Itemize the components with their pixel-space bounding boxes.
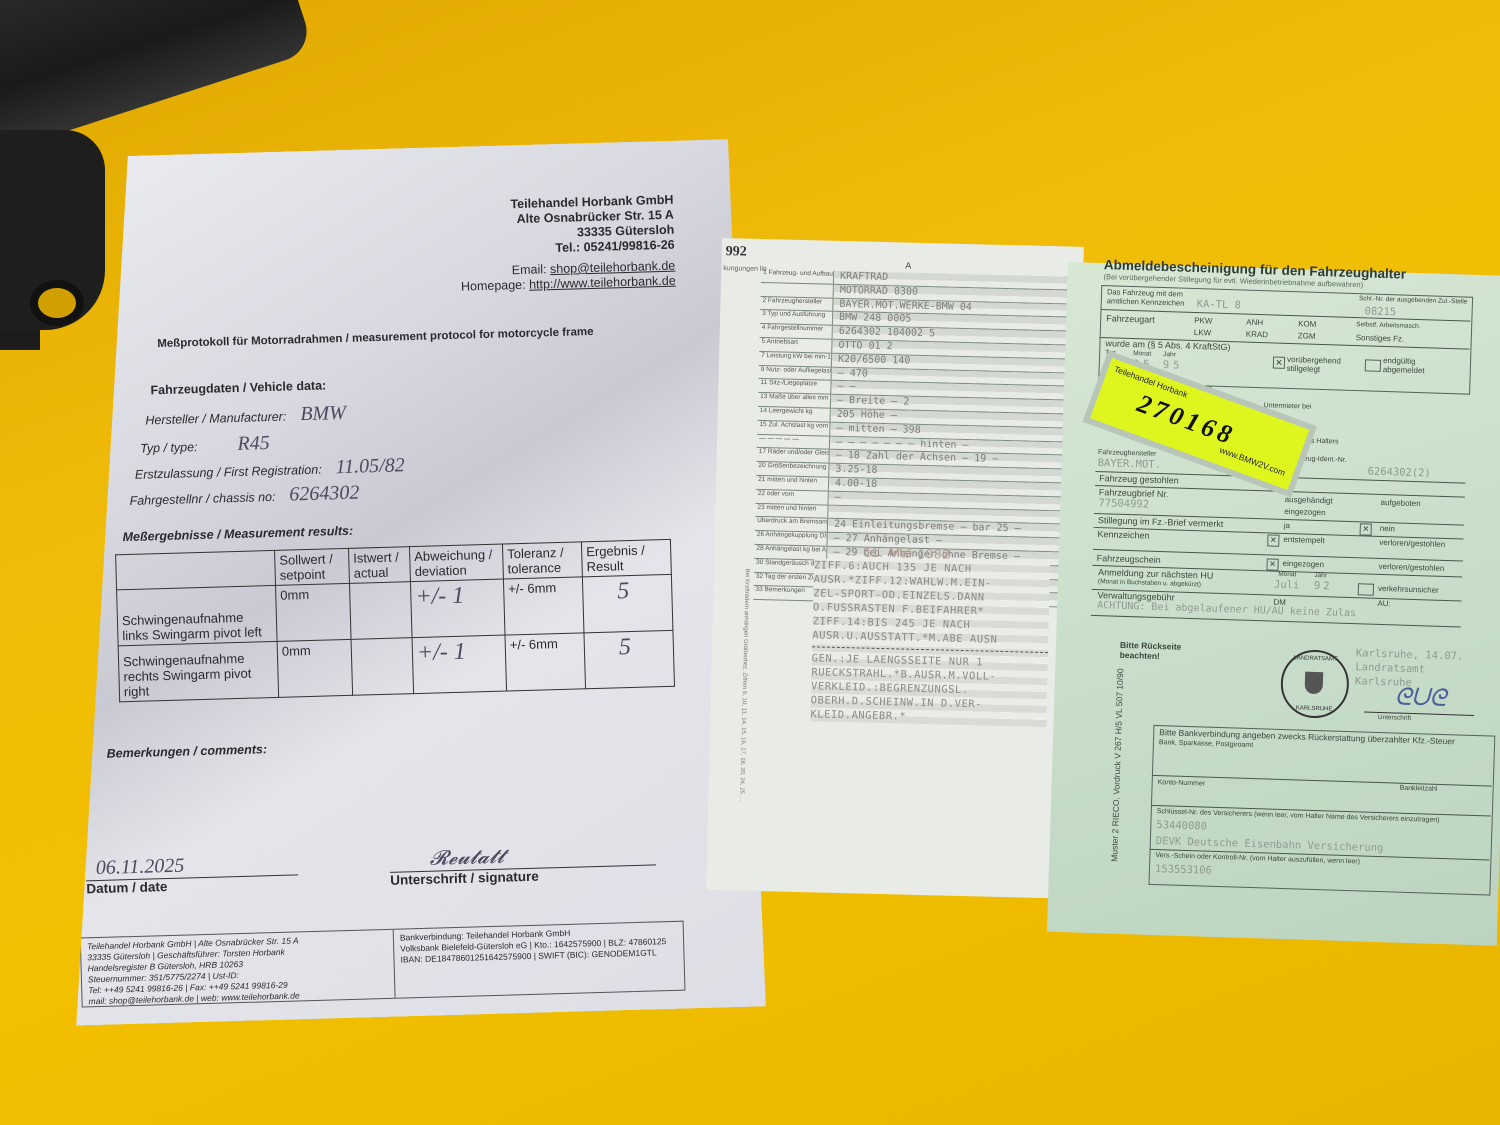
cell-result: 5 (584, 630, 675, 688)
back-note: Bitte Rückseite beachten! (1120, 640, 1191, 662)
authority-line-1: Landratsamt (1355, 661, 1425, 675)
registration-field-label: 9 Nutz- oder Aufliegelast kg (759, 366, 832, 381)
field-label: Typ / type: (140, 440, 198, 456)
field-label: Erstzulassung / First Registration: (135, 463, 322, 482)
day-label: Tag (1105, 349, 1116, 356)
cell-deviation: +/- 1 (412, 635, 507, 694)
insurer-key: 53440080 (1156, 819, 1207, 833)
cell-position: Schwingenaufnahme rechts Swingarm pivot … (118, 641, 279, 701)
schein-option-withdrawn: eingezogen (1282, 559, 1324, 569)
vehicle-type-anh: ANH (1246, 318, 1263, 328)
handwritten-value: R45 (237, 432, 270, 455)
cell-actual (351, 638, 414, 696)
footer-bank-info: Bankverbindung: Teilehandel Horbank GmbH… (394, 922, 685, 998)
office-seal: LANDRATSAMT KARLSRUHE (1280, 649, 1350, 719)
company-contact: Email: shop@teilehorbank.de Homepage: ht… (460, 259, 675, 295)
frame-lug (0, 330, 40, 350)
hu-year-label: Jahr (1314, 572, 1327, 579)
homepage-link[interactable]: http://www.teilehorbank.de (529, 274, 676, 292)
header-cell: Sollwert / setpoint (275, 548, 350, 585)
field-label: Fahrgestellnr / chassis no: (129, 490, 275, 508)
stolen-label: Fahrzeug gestohlen (1099, 473, 1179, 485)
field-label: Hersteller / Manufacturer: (145, 410, 286, 428)
brief-option-announced: aufgeboten (1380, 498, 1420, 508)
frame-mounting-hole (30, 280, 84, 326)
vehicle-manufacturer: Hersteller / Manufacturer:BMW (145, 402, 346, 431)
header-cell: Abweichung / deviation (409, 544, 503, 582)
cell-tolerance: +/- 6mm (503, 577, 584, 635)
vertical-fine-print: Bei Krafträdern anhängen Größenbez. Ziff… (723, 568, 750, 868)
header-cell: Ergebnis / Result (581, 539, 671, 576)
header-cell: Istwert / actual (349, 547, 411, 584)
note-option-no: nein (1380, 524, 1395, 533)
place-date: Karlsruhe, 14.07. (1356, 647, 1464, 662)
handwritten-value: 5 (619, 634, 632, 660)
handwritten-value: +/- 1 (417, 639, 467, 666)
company-phone: Tel.: 05241/99816-26 (512, 238, 675, 258)
registration-field-label: 21 mitten und hinten (756, 476, 829, 491)
registration-field-label (761, 283, 834, 298)
registration-field-label: 17 Räder und/oder Gleisketten (757, 448, 830, 463)
header-cell (116, 550, 276, 589)
signature-label: Unterschrift (1378, 714, 1411, 722)
protocol-title: Meßprotokoll für Motorradrahmen / measur… (157, 326, 594, 350)
registration-field-label: 2 Fahrzeughersteller (760, 297, 833, 312)
schein-label: Fahrzeugschein (1097, 553, 1161, 565)
brief-number: 77504992 (1098, 497, 1149, 511)
unsafe-checkbox[interactable] (1358, 583, 1374, 595)
policy-number: 153553106 (1155, 863, 1212, 877)
year-value: 95 (1163, 359, 1184, 372)
official-signature: ᘓᑌᘓ (1394, 684, 1446, 713)
registration-field-label: 4 Fahrgestellnummer (760, 324, 833, 339)
date-block: 06.11.2025 Datum / date (86, 851, 299, 896)
registration-field-label: 23 mitten und hinten (755, 503, 828, 518)
registration-field-label: 11 Sitz-/Liegeplätze (758, 379, 831, 394)
vehicle-registration-page: 992 A kungungen lle 1 Fahrzeug- und Aufb… (706, 238, 1084, 899)
homepage-label: Homepage: (461, 278, 526, 294)
final-checkbox[interactable] (1365, 359, 1381, 371)
schein-option-lost: verloren/gestohlen (1378, 562, 1444, 573)
plate-option-unstamped: entstempelt (1283, 535, 1325, 545)
vehicle-type-lkw: LKW (1194, 328, 1212, 338)
registration-remarks: ZIFF.6:AUCH 135 JE NACHAUSR.*ZIFF.12:WAH… (810, 558, 1050, 727)
registration-field-label: 5 Antriebsart (759, 338, 832, 353)
hu-month-label: Monat (1278, 571, 1296, 579)
vehicle-type-kom: KOM (1298, 319, 1317, 329)
cell-result: 5 (582, 574, 673, 632)
account-label: Konto-Nummer (1158, 779, 1206, 787)
cell-deviation: +/- 1 (410, 579, 505, 638)
footer-company-info: Teilehandel Horbank GmbH | Alte Osnabrüc… (81, 930, 396, 1007)
plate-option-lost: verloren/gestohlen (1379, 538, 1445, 549)
registration-field-label: 7 Leistung kW bei min-1 (759, 352, 832, 367)
vehicle-data-heading: Fahrzeugdaten / Vehicle data: (150, 378, 326, 397)
key-number: 08215 (1364, 305, 1396, 318)
vehicle-type-pkw: PKW (1194, 316, 1213, 326)
cell-tolerance: +/- 6mm (505, 633, 586, 691)
holder-label: Untermieter bei (1263, 402, 1311, 410)
vehicle-type-sonstiges: Sonstiges Fz. (1356, 333, 1405, 344)
schein-withdrawn-checkbox[interactable]: ✕ (1266, 558, 1278, 570)
registration-field-label: Überdruck am Bremsanschluß (755, 517, 828, 532)
brief-option-handed: ausgehändigt (1285, 495, 1333, 506)
company-footer: Teilehandel Horbank GmbH | Alte Osnabrüc… (80, 921, 686, 1008)
hu-month: Juli (1274, 579, 1300, 592)
vehicle-chassis-number: Fahrgestellnr / chassis no:6264302 (129, 482, 359, 511)
plate-unstamped-checkbox[interactable]: ✕ (1267, 534, 1279, 546)
column-label: A (905, 260, 911, 270)
hu-year: 92 (1314, 580, 1333, 593)
form-code: Muster 2 RIECO. Vordruck V 267 H/5 VL 50… (1109, 668, 1125, 862)
vehicle-type-krad: KRAD (1246, 330, 1269, 340)
cell-setpoint: 0mm (277, 639, 353, 697)
registration-field-label: 15 Zul. Achslast kg vorn (757, 421, 830, 436)
brief-option-withdrawn: eingezogen (1284, 507, 1326, 517)
coat-of-arms-icon (1305, 672, 1324, 695)
registration-field-label: 13 Maße über alles mm Länge (758, 393, 831, 408)
note-no-checkbox[interactable]: ✕ (1360, 523, 1372, 535)
seal-top-text: LANDRATSAMT (1284, 655, 1348, 663)
cell-actual (349, 582, 412, 640)
vehicle-type: Typ / type:R45 (140, 432, 270, 459)
au-label: AU: (1377, 599, 1391, 608)
divider (1091, 615, 1461, 628)
temporary-checkbox[interactable]: ✕ (1273, 356, 1285, 368)
header-cell: Toleranz / tolerance (502, 542, 582, 579)
year-label: Jahr (1163, 351, 1176, 358)
vehicle-type-zgm: ZGM (1298, 331, 1316, 341)
license-plate: KA-TL 8 (1197, 298, 1242, 311)
seal-bottom-text: KARLSRUHE (1282, 705, 1346, 713)
registration-field-label: 28 Anhängelast kg bei Anhänger mit Brems… (754, 545, 827, 560)
registration-field-label: 26 Anhängekupplung DIN 740 (755, 531, 828, 546)
handwritten-value: 11.05/82 (335, 454, 405, 478)
cell-position: Schwingenaufnahme links Swingarm pivot l… (117, 585, 278, 645)
document-number: 992 (725, 244, 746, 261)
note-option-yes: ja (1284, 521, 1291, 530)
registration-field-label: 3 Typ und Ausführung (760, 310, 833, 325)
vehicle-type-label: Fahrzeugart (1106, 313, 1155, 325)
remarks-label: Bemerkungen / comments: (106, 742, 267, 760)
handwritten-value: 6264302 (289, 482, 360, 506)
final-label: endgültig abgemeldet (1383, 356, 1444, 376)
email-label: Email: (512, 262, 547, 277)
manufacturer-value: BAYER.MOT. (1098, 457, 1162, 471)
vin-value: 6264302(2) (1367, 466, 1431, 480)
handwritten-value: 5 (617, 578, 630, 604)
handwritten-value: BMW (300, 402, 346, 425)
registration-field-label: 22 oder vorn (756, 490, 829, 505)
month-label: Monat (1133, 350, 1151, 358)
handwritten-value: +/- 1 (415, 583, 465, 610)
unsafe-label: verkehrsunsicher (1378, 584, 1439, 595)
measurement-protocol-sheet: Teilehandel Horbank GmbH Alte Osnabrücke… (52, 139, 766, 1026)
measurement-results-heading: Meßergebnisse / Measurement results: (122, 524, 353, 544)
cell-setpoint: 0mm (276, 583, 352, 641)
vehicle-first-registration: Erstzulassung / First Registration:11.05… (135, 454, 405, 485)
registration-field-label: — — — — — (757, 434, 830, 449)
plate-label: Das Fahrzeug mit dem amtlichen Kennzeich… (1107, 287, 1198, 308)
measurement-table: Sollwert / setpoint Istwert / actual Abw… (115, 539, 675, 702)
registration-field-label: 14 Leergewicht kg (758, 407, 831, 422)
registration-field-label: 1 Fahrzeug- und Aufbauart (761, 269, 834, 284)
company-address: Teilehandel Horbank GmbH Alte Osnabrücke… (510, 193, 675, 258)
blz-label: Bankleitzahl (1400, 785, 1438, 793)
registration-field-label: 20 Größenbezeichnung vorn (756, 462, 829, 477)
plate-row-label: Kennzeichen (1097, 529, 1149, 541)
signature-block: 𝓡𝓮𝓾𝓽𝓪𝓽𝓽 Unterschrift / signature (389, 841, 656, 887)
temporary-label: vorübergehend stillgelegt (1287, 355, 1348, 375)
